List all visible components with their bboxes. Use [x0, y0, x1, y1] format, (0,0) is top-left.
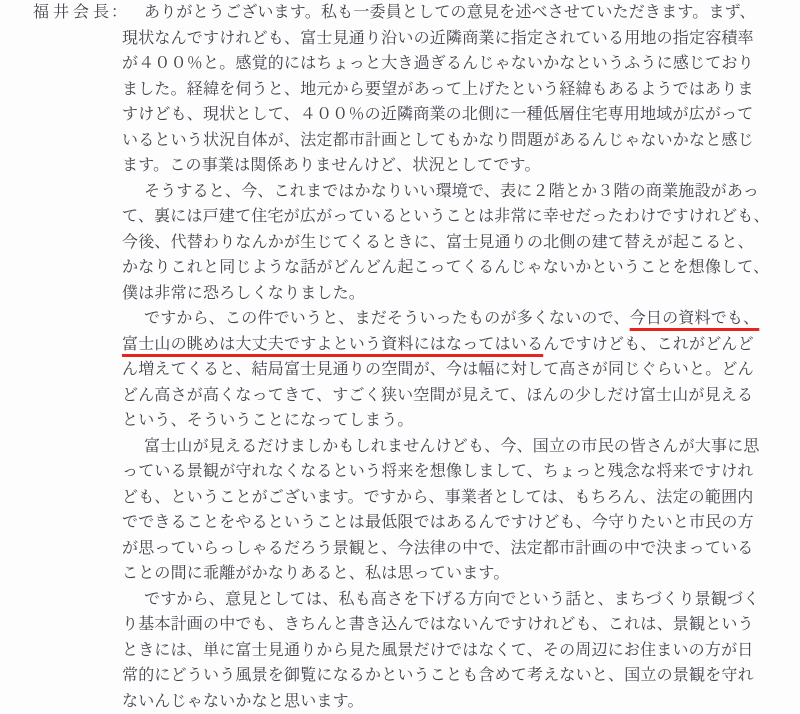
text-segment: どん高さが高くなってきて、すごく狭い空間が見えて、ほんの少しだけ富士山が見える [122, 387, 753, 404]
transcript-line: そうすると、今、これまではかなりいい環境で、表に２階とか３階の商業施設があっ [122, 179, 782, 205]
transcript-line: 常的にどういう風景を御覧になるかということも含めて考えないと、国立の景観を守れ [122, 663, 782, 689]
transcript-line: 現状なんですけれども、富士見通り沿いの近隣商業に指定されている用地の指定容積率 [122, 26, 782, 52]
text-segment: ときには、単に富士見通りから見た風景だけではなくて、その周辺にお住まいの方が日 [122, 642, 753, 659]
text-segment: が４００％と。感覚的にはちょっと大き過ぎるんじゃないかなというふうに感じており [122, 55, 754, 72]
text-segment: という、そういうことになってしまう。 [122, 412, 414, 429]
transcript-line: ます。この事業は関係ありませんけど、状況としてです。 [122, 153, 782, 179]
transcript-line: ですから、この件でいうと、まだそういったものが多くないので、今日の資料でも、 [122, 306, 782, 332]
transcript-line: ども、ということがございます。ですから、事業者としては、もちろん、法定の範囲内 [122, 485, 782, 511]
text-segment: ました。経緯を伺うと、地元から要望があって上げたという経緯もあるようではありま [122, 81, 754, 98]
text-segment: ども、ということがございます。ですから、事業者としては、もちろん、法定の範囲内 [122, 489, 753, 506]
transcript-body: ありがとうございます。私も一委員としての意見を述べさせていただきます。まず、現状… [122, 0, 782, 714]
text-segment: っている景観が守れなくなるという将来を想像しまして、ちょっと残念な将来ですけれ [122, 463, 753, 480]
text-segment: いるという状況自体が、法定都市計画としてもかなり問題があるんじゃないかなと感じ [122, 132, 754, 149]
transcript-line: 富士山の眺めは大丈夫ですよという資料にはなってはいるんですけども、これがどんど [122, 332, 782, 358]
red-underlined-text: 今日の資料でも、 [630, 310, 760, 327]
speaker-name: 福井会長 [33, 0, 113, 26]
transcript-line: り基本計画の中でも、きちんと書き込んではないんですけれども、これは、景観という [122, 612, 782, 638]
text-segment: り基本計画の中でも、きちんと書き込んではないんですけれども、これは、景観という [122, 616, 754, 633]
transcript-line: っている景観が守れなくなるという将来を想像しまして、ちょっと残念な将来ですけれ [122, 459, 782, 485]
text-segment: でできることをやるということは最低限ではあるんですけども、今守りたいと市民の方 [122, 514, 754, 531]
text-segment: ないんじゃないかなと思います。 [122, 693, 364, 710]
transcript-line: すけども、現状として、４００％の近隣商業の北側に一種低層住宅専用地域が広がって [122, 102, 782, 128]
transcript-line: ん増えてくると、結局富士見通りの空間が、今は幅に対して高さが同じぐらいと。どん [122, 357, 782, 383]
text-segment: ですから、意見としては、私も高さを下げる方向でという話と、まちづくり景観づく [144, 591, 759, 608]
transcript-line: かなりこれと同じような話がどんどん起こってくるんじゃないかということを想像して、 [122, 255, 782, 281]
text-segment: が思っていらっしゃるだろう景観と、今法律の中で、法定都市計画の中で決まっている [122, 540, 753, 557]
transcript-line: て、裏には戸建て住宅が広がっているということは非常に幸せだったわけですけれども、 [122, 204, 782, 230]
text-segment: ですから、この件でいうと、まだそういったものが多くないので、 [144, 310, 630, 327]
transcript-line: どん高さが高くなってきて、すごく狭い空間が見えて、ほんの少しだけ富士山が見える [122, 383, 782, 409]
text-segment: て、裏には戸建て住宅が広がっているということは非常に幸せだったわけですけれども、 [122, 208, 770, 225]
text-segment: そうすると、今、これまではかなりいい環境で、表に２階とか３階の商業施設があっ [144, 183, 759, 200]
text-segment: ありがとうございます。私も一委員としての意見を述べさせていただきます。まず、 [144, 4, 756, 21]
text-segment: 現状なんですけれども、富士見通り沿いの近隣商業に指定されている用地の指定容積率 [122, 30, 754, 47]
text-segment: かなりこれと同じような話がどんどん起こってくるんじゃないかということを想像して、 [122, 259, 769, 276]
transcript-line: 僕は非常に恐ろしくなりました。 [122, 281, 782, 307]
text-segment: すけども、現状として、４００％の近隣商業の北側に一種低層住宅専用地域が広がって [122, 106, 753, 123]
transcript-line: いるという状況自体が、法定都市計画としてもかなり問題があるんじゃないかなと感じ [122, 128, 782, 154]
transcript-line: でできることをやるということは最低限ではあるんですけども、今守りたいと市民の方 [122, 510, 782, 536]
transcript-line: 今後、代替わりなんかが生じてくるときに、富士見通りの北側の建て替えが起こると、 [122, 230, 782, 256]
text-segment: ます。この事業は関係ありませんけど、状況としてです。 [122, 157, 541, 174]
text-segment: んですけども、これがどんど [543, 336, 754, 353]
scanned-minutes-page: 福井会長 ： ありがとうございます。私も一委員としての意見を述べさせていただきま… [0, 0, 800, 714]
text-segment: 常的にどういう風景を御覧になるかということも含めて考えないと、国立の景観を守れ [122, 667, 754, 684]
text-segment: ことの間に乖離がかなりあると、私は思っています。 [122, 565, 510, 582]
text-segment: 今後、代替わりなんかが生じてくるときに、富士見通りの北側の建て替えが起こると、 [122, 234, 754, 251]
transcript-line: ことの間に乖離がかなりあると、私は思っています。 [122, 561, 782, 587]
text-segment: ん増えてくると、結局富士見通りの空間が、今は幅に対して高さが同じぐらいと。どん [122, 361, 754, 378]
transcript-line: が４００％と。感覚的にはちょっと大き過ぎるんじゃないかなというふうに感じており [122, 51, 782, 77]
transcript-line: ないんじゃないかなと思います。 [122, 689, 782, 714]
text-segment: 富士山が見えるだけましかもしれませんけども、今、国立の市民の皆さんが大事に思 [144, 438, 760, 455]
transcript-line: ですから、意見としては、私も高さを下げる方向でという話と、まちづくり景観づく [122, 587, 782, 613]
transcript-line: が思っていらっしゃるだろう景観と、今法律の中で、法定都市計画の中で決まっている [122, 536, 782, 562]
text-segment: 僕は非常に恐ろしくなりました。 [122, 285, 365, 302]
red-underlined-text: 富士山の眺めは大丈夫ですよという資料にはなってはいる [122, 336, 543, 353]
transcript-line: ました。経緯を伺うと、地元から要望があって上げたという経緯もあるようではありま [122, 77, 782, 103]
transcript-line: ありがとうございます。私も一委員としての意見を述べさせていただきます。まず、 [122, 0, 782, 26]
transcript-line: 富士山が見えるだけましかもしれませんけども、今、国立の市民の皆さんが大事に思 [122, 434, 782, 460]
transcript-line: ときには、単に富士見通りから見た風景だけではなくて、その周辺にお住まいの方が日 [122, 638, 782, 664]
transcript-line: という、そういうことになってしまう。 [122, 408, 782, 434]
